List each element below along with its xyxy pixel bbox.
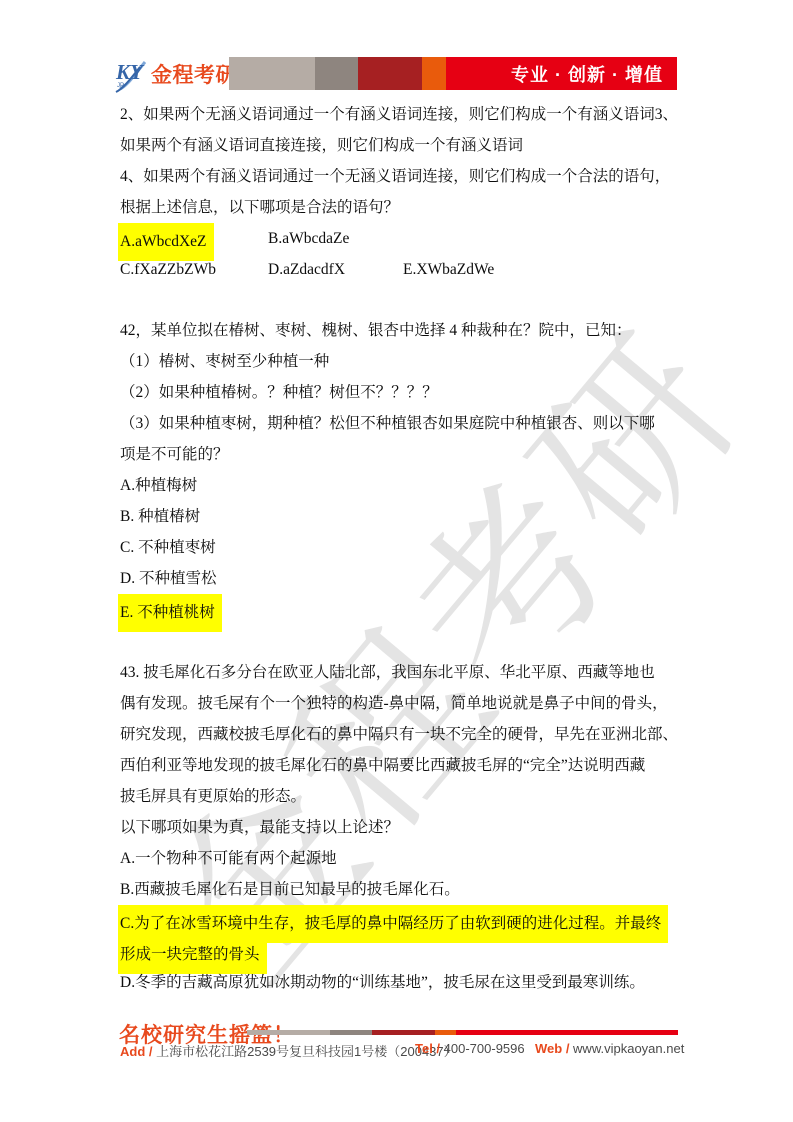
footer-divider	[247, 1030, 678, 1035]
text-line: A.种植梅树	[120, 470, 680, 501]
text-segment: 根据上述信息，以下哪项是合法的语句？	[120, 192, 399, 223]
text-line: C.fXaZZbZWbD.aZdacdfXE.XWbaZdWe	[120, 254, 680, 285]
footer-divider-segment	[456, 1030, 678, 1035]
text-segment: （3）如果种植枣树，期种植？松但不种植银杏如果庭院中种植银杏、则以下哪	[120, 408, 655, 439]
text-line: B. 种植椿树	[120, 501, 680, 532]
document-body: 2、如果两个无涵义语词通过一个有涵义语词连接，则它们构成一个有涵义语词3、如果两…	[120, 99, 680, 998]
question-42-section: 42，某单位拟在椿树、枣树、槐树、银杏中选择 4 种裁种在？院中，已知：（1）椿…	[120, 315, 680, 625]
text-segment: 研究发现，西藏校披毛厚化石的鼻中隔只有一块不完全的硬骨，早先在亚洲北部、	[120, 719, 678, 750]
text-segment: 4、如果两个有涵义语词通过一个无涵义语词连接，则它们构成一个合法的语句，	[120, 161, 670, 192]
text-line: 以下哪项如果为真，最能支持以上论述？	[120, 812, 680, 843]
text-line: C.为了在冰雪环境中生存，披毛厚的鼻中隔经历了由软到硬的进化过程。并最终	[120, 905, 680, 936]
footer-tel-value: 400-700-9596	[444, 1041, 525, 1056]
text-segment: 42，某单位拟在椿树、枣树、槐树、银杏中选择 4 种裁种在？院中，已知：	[120, 315, 632, 346]
footer-divider-segment	[435, 1030, 456, 1035]
kaoyan-logo-icon: KY JP	[114, 59, 151, 94]
text-segment: 披毛屏具有更原始的形态。	[120, 781, 306, 812]
text-segment: C. 不种植枣树	[120, 532, 216, 563]
text-segment: 偶有发现。披毛屎有个一个独特的构造-鼻中隔，简单地说就是鼻子中间的骨头，	[120, 688, 668, 719]
footer-web: Web / www.vipkaoyan.net	[535, 1041, 684, 1056]
text-segment: E.XWbaZdWe	[403, 254, 494, 285]
text-segment: B. 种植椿树	[120, 501, 200, 532]
banner-slogan: 专业 · 创新 · 增值	[446, 57, 677, 90]
banner-segment	[358, 57, 422, 90]
text-line: C. 不种植枣树	[120, 532, 680, 563]
text-line: D. 不种植雪松	[120, 563, 680, 594]
text-segment: D.冬季的吉藏高原犹如冰期动物的“训练基地”，披毛尿在这里受到最寒训练。	[120, 967, 645, 998]
text-line: 披毛屏具有更原始的形态。	[120, 781, 680, 812]
text-segment: D. 不种植雪松	[120, 563, 216, 594]
text-line: 偶有发现。披毛屎有个一个独特的构造-鼻中隔，简单地说就是鼻子中间的骨头，	[120, 688, 680, 719]
text-line: 如果两个有涵义语词直接连接，则它们构成一个有涵义语词	[120, 130, 680, 161]
text-segment: C.fXaZZbZWb	[120, 254, 216, 285]
question-41-fragment: 2、如果两个无涵义语词通过一个有涵义语词连接，则它们构成一个有涵义语词3、如果两…	[120, 99, 680, 285]
footer-address: Add / 上海市松花江路2539号复旦科技园1号楼（200437）	[120, 1041, 457, 1060]
text-segment: B.aWbcdaZe	[268, 223, 349, 254]
footer-contacts: Add / 上海市松花江路2539号复旦科技园1号楼（200437） Tel /…	[0, 1041, 793, 1059]
text-segment: 43. 披毛犀化石多分台在欧亚人陆北部，我国东北平原、华北平原、西藏等地也	[120, 657, 655, 688]
question-43-section: 43. 披毛犀化石多分台在欧亚人陆北部，我国东北平原、华北平原、西藏等地也偶有发…	[120, 657, 680, 998]
text-segment: A.种植梅树	[120, 470, 197, 501]
text-line: 项是不可能的？	[120, 439, 680, 470]
text-segment: （2）如果种植椿树。？种植？树但不？？？？	[120, 377, 438, 408]
banner-segment: 专业 · 创新 · 增值	[446, 57, 677, 90]
footer-tel-label: Tel /	[415, 1041, 444, 1056]
highlighted-text: E. 不种植桃树	[118, 594, 222, 632]
banner-segment	[422, 57, 446, 90]
footer-tel: Tel / 400-700-9596	[415, 1041, 525, 1056]
text-segment: 西伯利亚等地发现的披毛犀化石的鼻中隔要比西藏披毛屏的“完全”达说明西藏	[120, 750, 645, 781]
text-line: 2、如果两个无涵义语词通过一个有涵义语词连接，则它们构成一个有涵义语词3、	[120, 99, 680, 130]
text-segment: A.一个物种不可能有两个起源地	[120, 843, 337, 874]
text-segment: 项是不可能的？	[120, 439, 229, 470]
text-line: （2）如果种植椿树。？种植？树但不？？？？	[120, 377, 680, 408]
text-line: B.西藏披毛犀化石是目前已知最早的披毛犀化石。	[120, 874, 680, 905]
text-line: 西伯利亚等地发现的披毛犀化石的鼻中隔要比西藏披毛屏的“完全”达说明西藏	[120, 750, 680, 781]
text-line: A.一个物种不可能有两个起源地	[120, 843, 680, 874]
text-line: （3）如果种植枣树，期种植？松但不种植银杏如果庭院中种植银杏、则以下哪	[120, 408, 680, 439]
text-line: 形成一块完整的骨头	[120, 936, 680, 967]
text-line: 根据上述信息，以下哪项是合法的语句？	[120, 192, 680, 223]
footer-web-value: www.vipkaoyan.net	[573, 1041, 684, 1056]
document-page: 金程考研 KY JP 金程考研 专业 · 创新 · 增值 2、如果两个无涵义语词…	[0, 0, 793, 1122]
footer-address-label: Add /	[120, 1044, 156, 1059]
footer-address-value: 上海市松花江路2539号复旦科技园1号楼（200437）	[156, 1044, 457, 1059]
banner-segment	[315, 57, 358, 90]
banner-segment	[229, 57, 315, 90]
text-segment: （1）椿树、枣树至少种植一种	[120, 346, 329, 377]
text-line: 研究发现，西藏校披毛厚化石的鼻中隔只有一块不完全的硬骨，早先在亚洲北部、	[120, 719, 680, 750]
text-line: E. 不种植桃树	[120, 594, 680, 625]
text-line: 42，某单位拟在椿树、枣树、槐树、银杏中选择 4 种裁种在？院中，已知：	[120, 315, 680, 346]
text-line: 43. 披毛犀化石多分台在欧亚人陆北部，我国东北平原、华北平原、西藏等地也	[120, 657, 680, 688]
text-segment: 如果两个有涵义语词直接连接，则它们构成一个有涵义语词	[120, 130, 523, 161]
text-segment: 以下哪项如果为真，最能支持以上论述？	[120, 812, 399, 843]
text-line: A.aWbcdXeZB.aWbcdaZe	[120, 223, 680, 254]
text-segment: B.西藏披毛犀化石是目前已知最早的披毛犀化石。	[120, 874, 460, 905]
footer-divider-segment	[247, 1030, 330, 1035]
svg-text:JP: JP	[117, 83, 124, 89]
footer-divider-segment	[330, 1030, 372, 1035]
footer-web-label: Web /	[535, 1041, 573, 1056]
text-segment: D.aZdacdfX	[268, 254, 345, 285]
text-segment: 2、如果两个无涵义语词通过一个有涵义语词连接，则它们构成一个有涵义语词3、	[120, 99, 678, 130]
header-banner: 专业 · 创新 · 增值	[229, 57, 677, 90]
text-line: 4、如果两个有涵义语词通过一个无涵义语词连接，则它们构成一个合法的语句，	[120, 161, 680, 192]
svg-text:KY: KY	[115, 60, 145, 84]
text-line: D.冬季的吉藏高原犹如冰期动物的“训练基地”，披毛尿在这里受到最寒训练。	[120, 967, 680, 998]
text-line: （1）椿树、枣树至少种植一种	[120, 346, 680, 377]
brand-name: 金程考研	[151, 61, 237, 91]
footer-divider-segment	[372, 1030, 435, 1035]
